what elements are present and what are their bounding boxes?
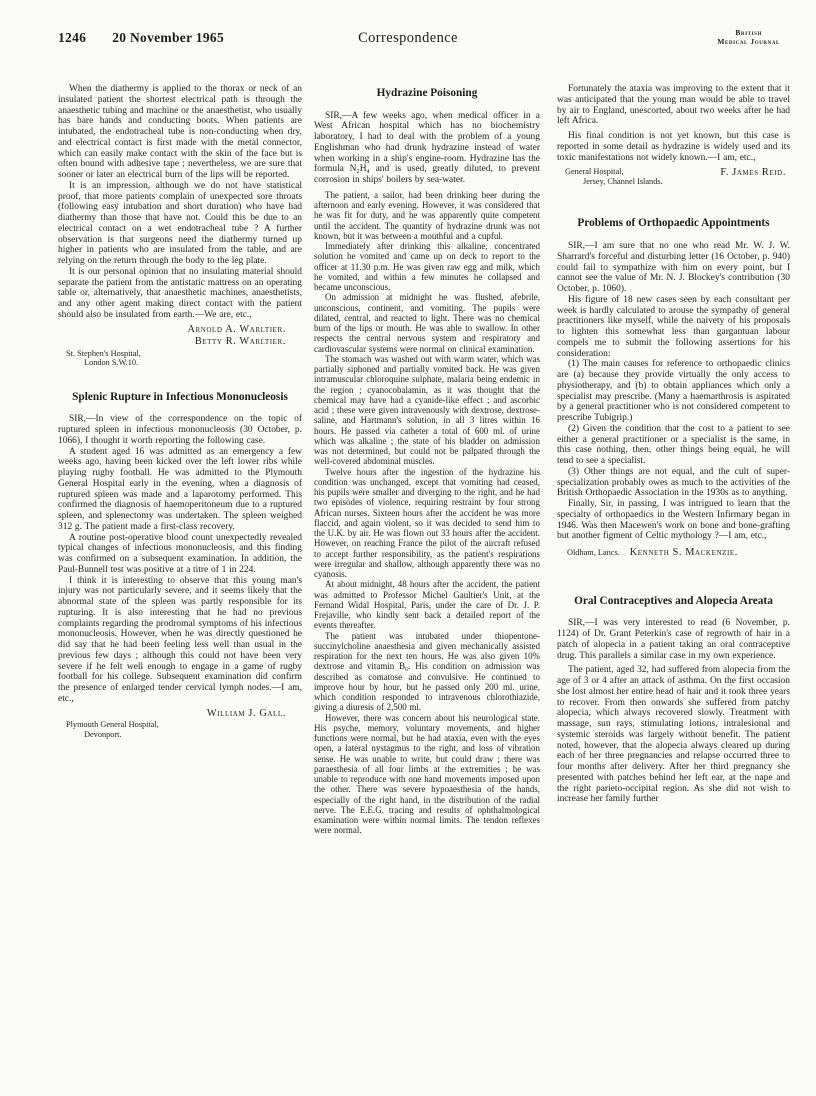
hydrazine-closing-paragraph: Fortunately the ataxia was improving to …	[557, 84, 790, 127]
address-line: Plymouth General Hospital,	[66, 720, 302, 730]
hydrazine-case-paragraph: However, there was concern about his neu…	[314, 713, 540, 836]
address-line: General Hospital,	[565, 167, 663, 177]
author-address: Oldham, Lancs.	[557, 548, 630, 558]
letter-heading-orthopaedic: Problems of Orthopaedic Appointments	[563, 216, 784, 231]
alopecia-paragraph: The patient, aged 32, had suffered from …	[557, 665, 790, 805]
gall-signature-block: William J. Gall. Plymouth General Hospit…	[58, 708, 302, 740]
mackenzie-signature-block: Oldham, Lancs. Kenneth S. Mackenzie.	[557, 547, 790, 560]
section-title: Correspondence	[0, 30, 816, 47]
reid-signature-block: General Hospital, Jersey, Channel Island…	[557, 167, 790, 186]
splenic-paragraph: A routine post-operative blood count une…	[58, 533, 302, 576]
diathermy-paragraph: When the diathermy is applied to the tho…	[58, 84, 302, 181]
orthopaedic-paragraph: (1) The main causes for reference to ort…	[557, 359, 790, 424]
address-line: St. Stephen's Hospital,	[66, 349, 302, 359]
splenic-paragraph: A student aged 16 was admitted as an eme…	[58, 447, 302, 533]
signature: Arnold A. Warltier.	[58, 324, 302, 337]
alopecia-paragraph: SIR,—I was very interested to read (6 No…	[557, 618, 790, 661]
journal-page: 124620 November 1965 Correspondence Brit…	[0, 0, 816, 1096]
hydrazine-case-paragraph: On admission at midnight he was flushed,…	[314, 292, 540, 354]
orthopaedic-paragraph: Finally, Sir, in passing, I was intrigue…	[557, 499, 790, 542]
signature: Betty R. Warltier.	[58, 336, 302, 349]
journal-name-line1: British	[717, 28, 780, 37]
orthopaedic-paragraph: (3) Other things are not equal, and the …	[557, 467, 790, 499]
hydrazine-case-paragraph: The patient, a sailor, had been drinking…	[314, 190, 540, 241]
running-head: 124620 November 1965 Correspondence Brit…	[0, 30, 816, 56]
signature: Kenneth S. Mackenzie.	[630, 547, 738, 560]
column-1: When the diathermy is applied to the tho…	[58, 84, 302, 836]
letter-heading-splenic-rupture: Splenic Rupture in Infectious Mononucleo…	[64, 390, 296, 405]
orthopaedic-paragraph: His figure of 18 new cases seen by each …	[557, 295, 790, 360]
orthopaedic-paragraph: SIR,—I am sure that no one who read Mr. …	[557, 241, 790, 295]
hydrazine-case-paragraph: The patient was intubated under thiopent…	[314, 631, 540, 713]
diathermy-paragraph: It is our personal opinion that no insul…	[58, 267, 302, 321]
diathermy-paragraph: It is an impression, although we do not …	[58, 181, 302, 267]
author-address: St. Stephen's Hospital, London S.W.10.	[58, 349, 302, 368]
address-line: Jersey, Channel Islands.	[565, 177, 663, 187]
hydrazine-case-paragraph: At about midnight, 48 hours after the ac…	[314, 579, 540, 630]
hydrazine-case-paragraph: Twelve hours after the ingestion of the …	[314, 467, 540, 580]
address-line: Devonport.	[66, 730, 302, 740]
journal-name-line2: Medical Journal	[717, 37, 780, 46]
author-address: General Hospital, Jersey, Channel Island…	[557, 167, 663, 186]
hydrazine-case-paragraph: Immediately after drinking this alkaline…	[314, 241, 540, 292]
three-column-body: When the diathermy is applied to the tho…	[58, 84, 816, 836]
splenic-paragraph: SIR,—In view of the correspondence on th…	[58, 414, 302, 446]
signature: F. James Reid.	[720, 167, 790, 180]
hydrazine-closing-paragraph: His final condition is not yet known, bu…	[557, 131, 790, 163]
splenic-paragraph: I think it is interesting to observe tha…	[58, 576, 302, 705]
column-3: Fortunately the ataxia was improving to …	[557, 84, 790, 836]
hydrazine-case-paragraph: The stomach was washed out with warm wat…	[314, 354, 540, 467]
hydrazine-opening-paragraph: SIR,—A few weeks ago, when medical offic…	[314, 111, 540, 186]
letter-heading-hydrazine: Hydrazine Poisoning	[320, 86, 534, 101]
signature: William J. Gall.	[58, 708, 302, 721]
author-address: Plymouth General Hospital, Devonport.	[58, 720, 302, 739]
letter-heading-alopecia: Oral Contraceptives and Alopecia Areata	[563, 594, 784, 609]
warltier-signature-block: Arnold A. Warltier. Betty R. Warltier. S…	[58, 324, 302, 368]
column-2: Hydrazine Poisoning SIR,—A few weeks ago…	[314, 84, 540, 836]
orthopaedic-paragraph: (2) Given the condition that the cost to…	[557, 424, 790, 467]
address-line: London S.W.10.	[66, 358, 302, 368]
journal-name: British Medical Journal	[717, 28, 780, 47]
